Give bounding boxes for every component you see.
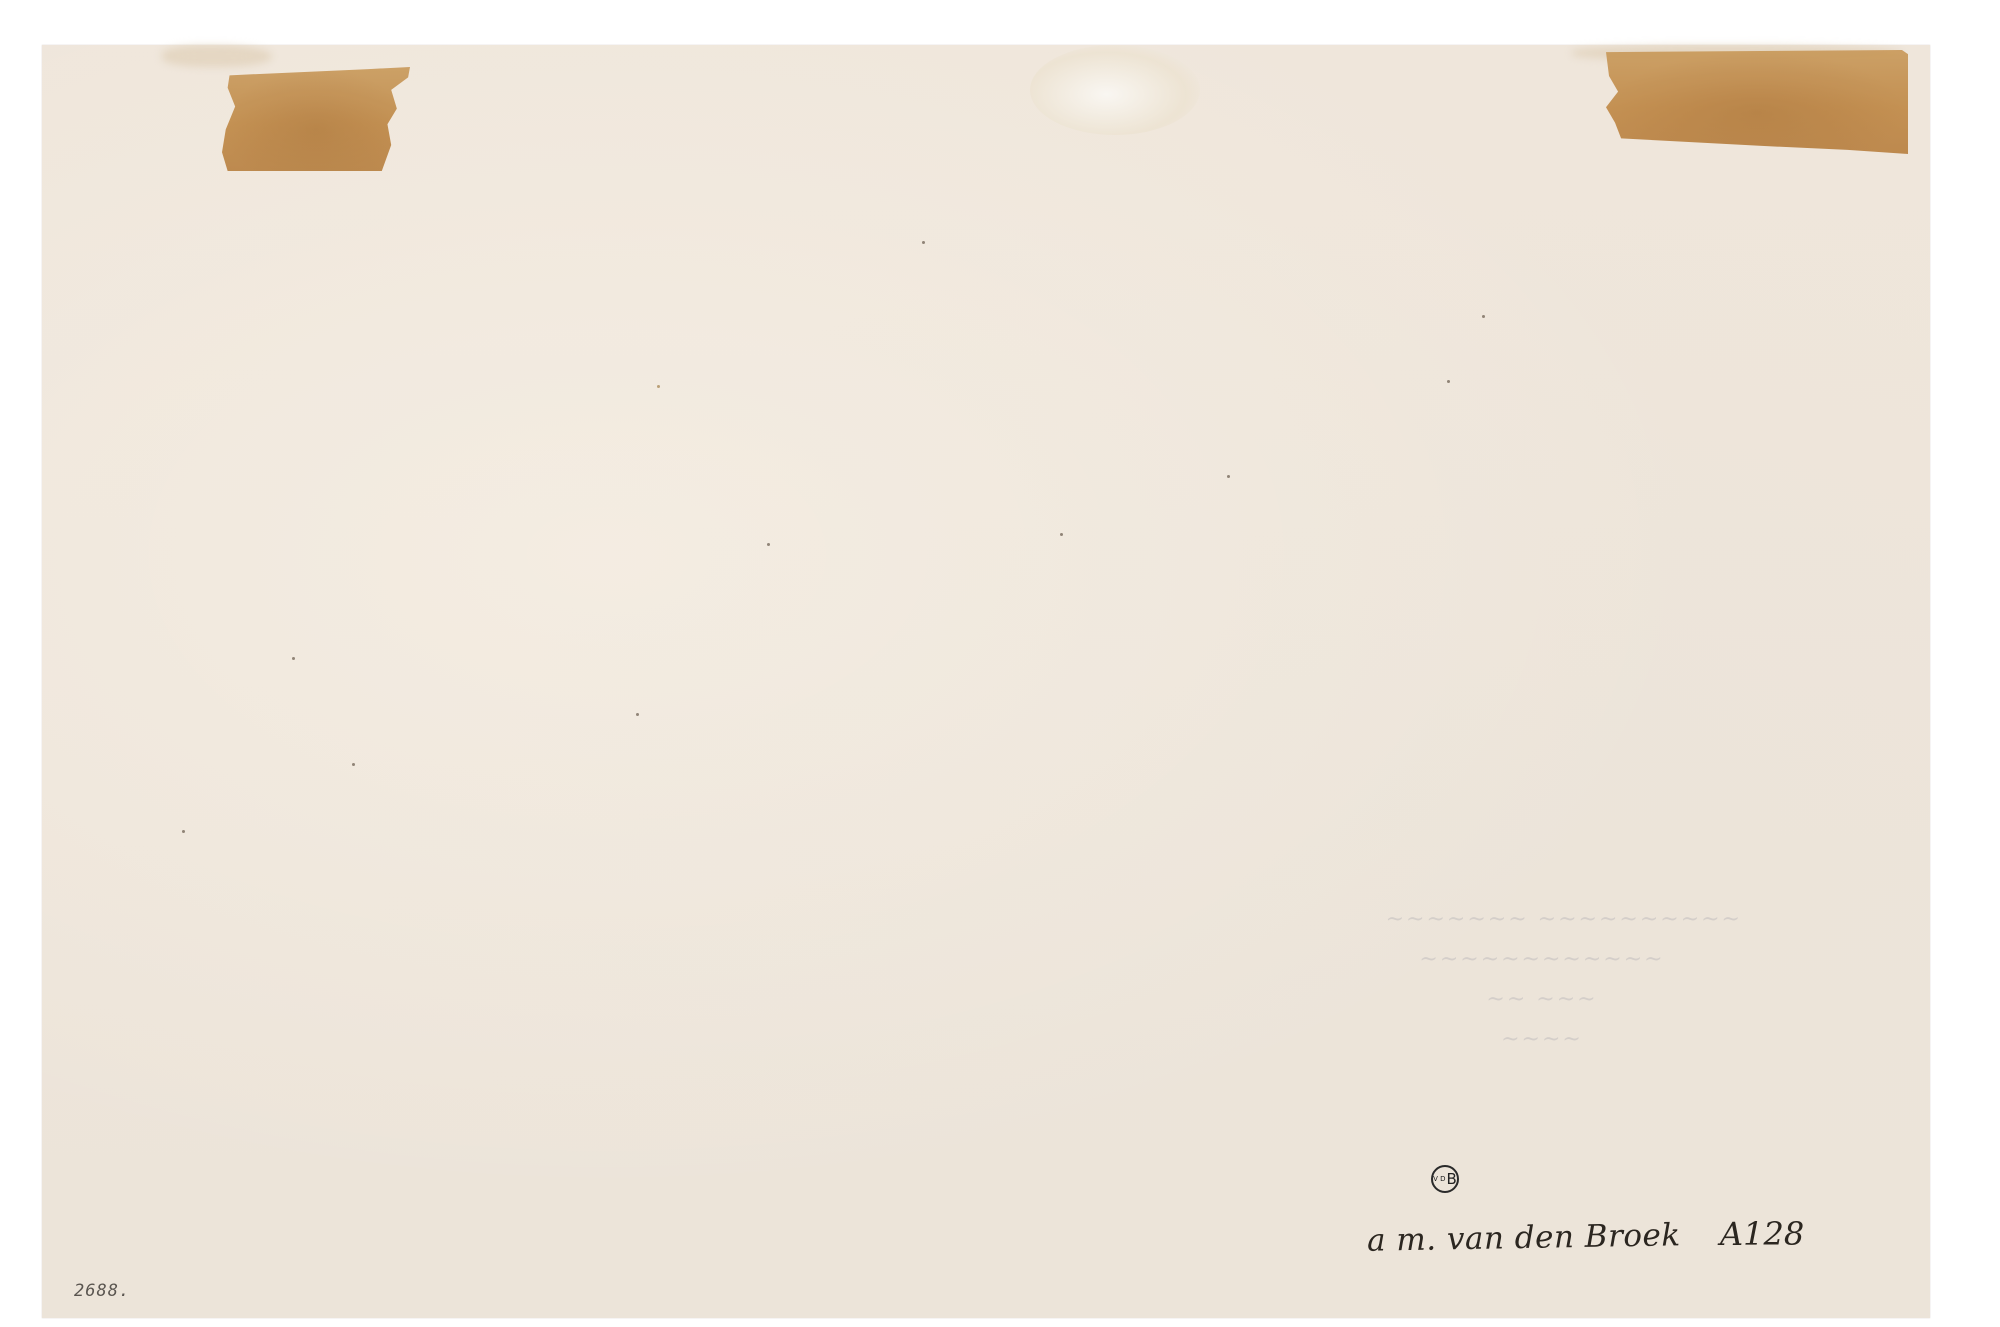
pencil-line: ~~~~~~~~~~~~: [1322, 940, 1762, 980]
stamp-large-letter: B: [1447, 1172, 1457, 1187]
tape-remnant-right: [1606, 50, 1908, 154]
tape-residue: [162, 45, 272, 67]
tape-remnant-left: [222, 67, 410, 171]
paper-speck: [1447, 380, 1450, 383]
stamp-small-letters: V D: [1433, 1176, 1445, 1183]
pencil-line: ~~~~~~~ ~~~~~~~~~~: [1322, 900, 1762, 940]
paper-speck: [1227, 475, 1230, 478]
paper-speck: [767, 543, 770, 546]
paper-speck: [636, 713, 639, 716]
inventory-number: 2688.: [74, 1281, 130, 1301]
pencil-line: ~~~~: [1322, 1020, 1762, 1060]
paper-speck: [1060, 533, 1063, 536]
paper-speck: [292, 657, 295, 660]
collector-stamp: V D B: [1431, 1165, 1459, 1193]
paper-speck: [657, 385, 660, 388]
catalog-number: A128: [1720, 1215, 1804, 1253]
faint-pencil-inscription: ~~~~~~~ ~~~~~~~~~~ ~~~~~~~~~~~~ ~~ ~~~ ~…: [1322, 900, 1762, 1080]
paper-speck: [352, 763, 355, 766]
paper-speck: [182, 830, 185, 833]
paper-speck: [1482, 315, 1485, 318]
pencil-line: ~~ ~~~: [1322, 980, 1762, 1020]
glue-residue: [1030, 45, 1200, 135]
paper-speck: [922, 241, 925, 244]
paper-sheet: ~~~~~~~ ~~~~~~~~~~ ~~~~~~~~~~~~ ~~ ~~~ ~…: [42, 45, 1930, 1318]
handwritten-signature: a m. van den Broek: [1367, 1217, 1681, 1258]
